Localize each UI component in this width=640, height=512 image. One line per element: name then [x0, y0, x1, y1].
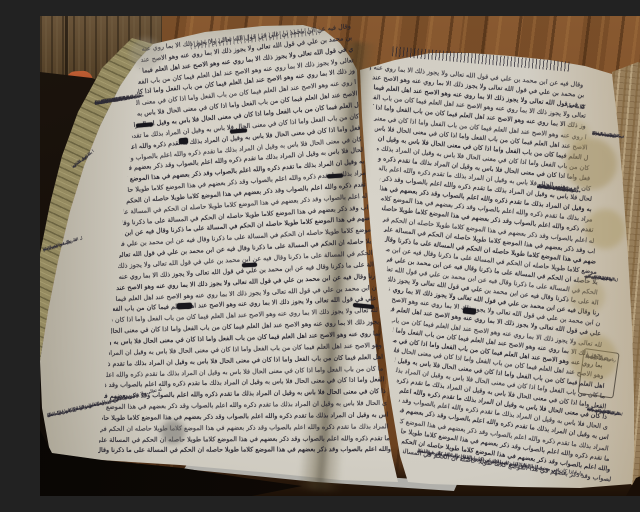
bold-ink-mark	[242, 263, 257, 268]
manuscript-photo: وقال فيه عن ابن محمد بن علي في قول الله …	[40, 16, 640, 496]
ink-stain	[569, 278, 605, 314]
text-line-left: والله اعلم بالصواب وقد ذكر بعضهم في هذا …	[98, 445, 391, 455]
bold-ink-mark	[179, 138, 188, 145]
bold-ink-mark	[177, 303, 192, 310]
ink-stain	[562, 120, 590, 148]
ink-stain	[569, 334, 617, 382]
ink-stain	[161, 420, 185, 444]
ink-stain	[585, 209, 625, 249]
ink-stain	[130, 38, 162, 70]
bold-ink-mark	[463, 307, 477, 314]
margin-note-line: كلاما طويلا حاصله ان الحكم في المسالة عل…	[567, 100, 586, 115]
